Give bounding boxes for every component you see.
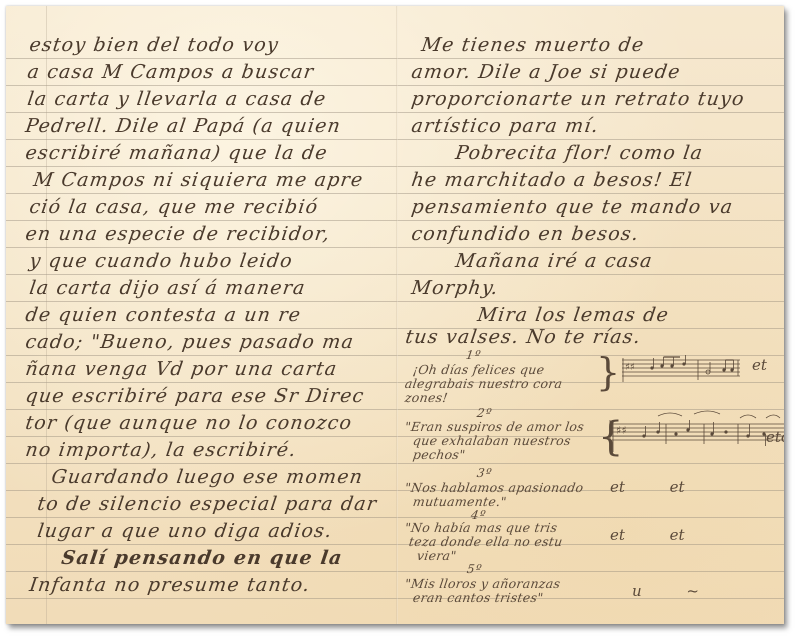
motto-number: 2º	[476, 406, 494, 420]
music-staff-icon: ♯♯	[608, 410, 784, 454]
text-line: que escribiré para ese Sr Direc	[24, 385, 366, 407]
text-line: he marchitado a besos! El	[410, 169, 694, 191]
text-line: tus valses. No te rías.	[404, 326, 643, 348]
ruled-line	[6, 571, 784, 572]
text-line: ñana venga Vd por una carta	[24, 358, 339, 380]
ruled-line	[6, 247, 784, 248]
etc-mark: et	[752, 356, 767, 374]
ruled-line	[6, 58, 784, 59]
text-line: cado; "Bueno, pues pasado ma	[24, 331, 356, 353]
ruled-line	[6, 544, 784, 545]
motto-text: "Mis lloros y añoranzas	[404, 576, 561, 591]
text-line: estoy bien del todo voy	[28, 34, 280, 56]
motto-number: 1º	[465, 348, 483, 362]
text-line: la carta y llevarla a casa de	[26, 88, 328, 110]
etc-mark: et et	[610, 478, 685, 496]
text-line: en una especie de recibidor,	[24, 223, 332, 245]
center-fold	[396, 6, 398, 624]
text-line: proporcionarte un retrato tuyo	[410, 88, 746, 110]
motto-text: que exhalaban nuestros	[412, 433, 572, 448]
text-line: to de silencio especial para dar	[36, 493, 379, 515]
letter-paper: estoy bien del todo voy a casa M Campos …	[6, 6, 784, 624]
text-line: de quien contesta a un re	[24, 304, 303, 326]
ruled-line	[6, 463, 784, 464]
ruled-line	[6, 85, 784, 86]
ruled-line	[6, 517, 784, 518]
motto-text: zones!	[404, 390, 449, 405]
text-line: amor. Dile a Joe si puede	[410, 61, 682, 83]
ruled-line	[6, 166, 784, 167]
motto-text: "Nos hablamos apasionado	[404, 480, 585, 495]
ruled-line	[6, 112, 784, 113]
svg-text:♯♯: ♯♯	[625, 362, 635, 373]
text-line: Pobrecita flor! como la	[454, 142, 705, 164]
motto-text: alegrabais nuestro cora	[404, 376, 563, 391]
motto-text: eran cantos tristes"	[412, 590, 544, 605]
etc-mark: et et	[610, 526, 685, 544]
text-line: Pedrell. Dile al Papá (a quien	[24, 115, 343, 137]
etc-mark: u ~	[632, 582, 699, 600]
text-line: Mañana iré a casa	[454, 250, 654, 272]
document-viewer: estoy bien del todo voy a casa M Campos …	[0, 0, 800, 638]
text-line: Guardando luego ese momen	[50, 466, 365, 488]
text-line: Me tienes muerto de	[420, 34, 646, 56]
ruled-line	[6, 328, 784, 329]
text-line: Morphy.	[410, 277, 500, 299]
text-line: pensamiento que te mando va	[410, 196, 735, 218]
motto-text: mutuamente."	[412, 494, 508, 509]
ruled-line	[6, 220, 784, 221]
ruled-line	[6, 193, 784, 194]
etc-mark: etc	[766, 428, 784, 446]
text-line: M Campos ni siquiera me apre	[32, 169, 365, 191]
motto-number: 5º	[466, 562, 484, 576]
motto-text: ¡Oh días felices que	[412, 362, 545, 377]
text-line: artístico para mí.	[410, 115, 600, 137]
ruled-line	[6, 139, 784, 140]
music-staff-icon: ♯♯	[620, 354, 750, 384]
motto-number: 3º	[476, 466, 494, 480]
text-line: y que cuando hubo leido	[28, 250, 294, 272]
text-line: Mira los lemas de	[476, 304, 671, 326]
brace-icon: }	[596, 350, 620, 394]
text-line: lugar a que uno diga adios.	[36, 520, 334, 542]
text-line: confundido en besos.	[410, 223, 641, 245]
text-line: escribiré mañana) que la de	[24, 142, 329, 164]
ruled-line	[6, 301, 784, 302]
text-line: la carta dijo así á manera	[28, 277, 307, 299]
text-line: tor (que aunque no lo conozco	[24, 412, 354, 434]
text-line: Infanta no presume tanto.	[28, 574, 312, 596]
text-line: Salí pensando en que la	[60, 547, 344, 569]
motto-text: "No había mas que tris	[404, 520, 558, 535]
motto-text: teza donde ella no estu	[408, 534, 564, 549]
text-line: no importa), la escribiré.	[24, 439, 298, 461]
ruled-line	[6, 274, 784, 275]
svg-text:♯♯: ♯♯	[616, 424, 627, 437]
text-line: ció la casa, que me recibió	[28, 196, 320, 218]
motto-text: viera"	[416, 548, 458, 563]
motto-text: "Eran suspiros de amor los	[404, 419, 585, 434]
motto-text: pechos"	[412, 447, 466, 462]
text-line: a casa M Campos a buscar	[26, 61, 316, 83]
